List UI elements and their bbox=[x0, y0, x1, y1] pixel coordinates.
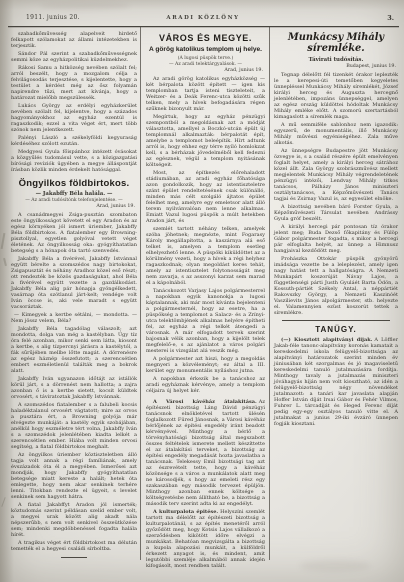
article-paragraph: Az ünnepségre Budapestre jött Munkácsy ö… bbox=[274, 148, 398, 202]
article-quote: — Kimegyek a kertbe sétálni, — mondotta.… bbox=[11, 312, 137, 324]
article-paragraph: Az öngyilkos úriember köztiszteletben ál… bbox=[11, 452, 137, 500]
news-item-text: A Löffler Jakab-féle tanonc-alapítvány k… bbox=[274, 337, 398, 427]
section-divider-rule bbox=[282, 320, 390, 321]
article-paragraph: A csanádmegyei Zsiga-pusztán szombaton e… bbox=[11, 212, 137, 254]
page-header: 1911. junius 20. ARADI KÖZLÖNY 3. bbox=[8, 14, 398, 25]
article-paragraph: A bizottság nevében báró Forster Gyula, … bbox=[274, 204, 398, 222]
section-title-tanugy: TANÜGY. bbox=[274, 325, 398, 334]
article-title-suicide: Öngyilkos földbirtokos. bbox=[11, 178, 137, 189]
article-paragraph: Jakabffy Béla tagadólag válaszolt; azt m… bbox=[11, 326, 137, 374]
dateline: Arad, junius 19. bbox=[146, 68, 263, 73]
article-paragraph: Tanácskozott Varjasy Lajos polgármesterr… bbox=[146, 288, 265, 354]
scan-top-shadow bbox=[0, 0, 404, 10]
article-title-munkacsy: Munkácsy Mihály síremléke. bbox=[274, 32, 398, 54]
scan-stain bbox=[300, 560, 370, 572]
article-paragraph: Megírtuk, hogy az egyház pénzügyi szempo… bbox=[146, 114, 265, 168]
newspaper-page: 1911. junius 20. ARADI KÖZLÖNY 3. szabad… bbox=[0, 0, 404, 582]
news-item-text: Helyszíni szemlét tartott ma délelőtt az… bbox=[146, 509, 265, 569]
continuation-paragraph: Medgyesi Gyula főispánhoz intézett óváso… bbox=[11, 149, 137, 173]
continuation-paragraph: Palényi László a székelyföldi kegyuraság… bbox=[11, 135, 137, 147]
continuation-paragraph: Sándor Pál szerint a szabadkőművességnek… bbox=[11, 51, 137, 63]
header-rule bbox=[8, 26, 399, 27]
article-paragraph: Jakabffy Béla a fivérével, Jakabffy Istv… bbox=[11, 256, 137, 310]
article-subtitle-source: — Az aradi tudósítónk telefonjelentése. … bbox=[11, 198, 137, 203]
news-item: A Városi kávéház átalakitása.Az építésze… bbox=[146, 399, 265, 507]
dateline: Budapest, junius 19. bbox=[274, 64, 396, 69]
masthead-title: ARADI KÖZLÖNY bbox=[8, 15, 398, 21]
article-paragraph: A napokban érkezik be a tanácshoz az ara… bbox=[146, 376, 265, 394]
dateline: Arad, junius 19. bbox=[11, 204, 135, 209]
article-paragraph: A királyi hercegi pár pontosan tíz órako… bbox=[274, 224, 398, 254]
news-item-text: Az építészeti bizottság Láng Dávid pénzü… bbox=[146, 399, 265, 507]
column-left: szabadkőművesség alapelveit hirdető felk… bbox=[11, 31, 137, 563]
continuation-paragraph: szabadkőművesség alapelveit hirdető felk… bbox=[11, 31, 137, 49]
article-subtitle: — Jakabffy Béla halála. — bbox=[11, 191, 137, 197]
news-item: (—) Kiosztott alapitványi dijak.A Löffle… bbox=[274, 337, 398, 427]
article-paragraph: Most, az építkezés előrehaladott stádium… bbox=[146, 170, 265, 224]
article-paragraph: A fiatal Jakabffyt Aradon jól ismerték; … bbox=[11, 502, 137, 538]
column-middle: VÁROS ÉS MEGYE. A görög katolikus templo… bbox=[146, 31, 265, 571]
column-right: Munkácsy Mihály síremléke. Távirati tudó… bbox=[274, 31, 398, 429]
article-title-templom: A görög katolikus templom uj helye. bbox=[146, 46, 265, 54]
article-subtitle: (A lugosi püspök terve.) bbox=[146, 56, 265, 61]
news-item: A kulturpalota épitése.Helyszíni szemlét… bbox=[146, 509, 265, 569]
column-divider-left bbox=[140, 27, 141, 560]
article-paragraph: A tragikus véget ért földbirtokost ma dé… bbox=[11, 540, 137, 552]
article-paragraph: Az aradi görög katolikus egyházközség — … bbox=[146, 76, 265, 112]
article-paragraph: Jakabffy Iván ugyanazon időtájt az istál… bbox=[11, 376, 137, 400]
article-end-rule bbox=[61, 557, 87, 558]
article-paragraph: Tegnap délelőtt fél tizenkét órakor lepl… bbox=[274, 72, 398, 120]
article-subtitle: Távirati tudósítás. bbox=[274, 57, 398, 63]
article-paragraph: A szomszédos fiatalember s a falubeli ko… bbox=[11, 402, 137, 450]
article-subtitle-source: — Az aradi telektárgyalások. — bbox=[146, 62, 265, 67]
page-number: 3. bbox=[387, 14, 394, 22]
continuation-paragraph: Rákosi Samu a hitközség nevében szólalt … bbox=[11, 65, 137, 101]
article-paragraph: A polgármester azt hiszi, hogy a megoldá… bbox=[146, 356, 265, 374]
article-paragraph: A mű semmiféle sablonhoz nem igazodik: e… bbox=[274, 122, 398, 146]
column-divider-right bbox=[269, 27, 270, 560]
article-paragraph: szemlét tartott néhány telken, amelyek s… bbox=[146, 226, 265, 286]
article-paragraph: Prohászka Ottokár püspök gyönyörű imádsá… bbox=[274, 256, 398, 316]
continuation-paragraph: Lukács György az erdélyi egyházkerület n… bbox=[11, 103, 137, 133]
section-title-varos-es-megye: VÁROS ÉS MEGYE. bbox=[146, 33, 265, 43]
